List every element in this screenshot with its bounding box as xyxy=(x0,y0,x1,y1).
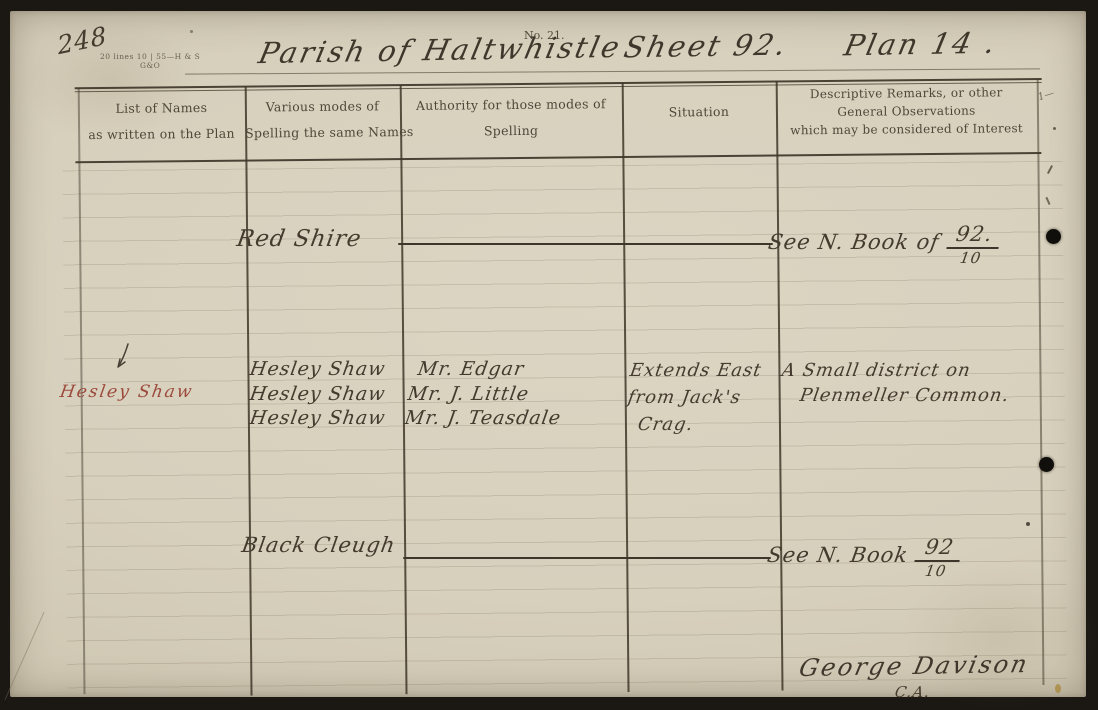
column-header-spelling-modes: Various modes of Spelling the same Names xyxy=(245,93,400,146)
entry-remarks: Plenmeller Common. xyxy=(798,385,1011,406)
entry-spelling: Hesley Shaw xyxy=(248,407,387,429)
entry-spelling: Hesley Shaw xyxy=(248,383,387,405)
entry-remarks: See N. Book 92 10 xyxy=(764,537,964,579)
column-header-line: Various modes of xyxy=(245,93,400,120)
fraction-numerator: 92 xyxy=(915,537,964,562)
entry-remarks: See N. Book of 92. 10 xyxy=(765,224,1003,266)
punch-hole xyxy=(1039,457,1054,472)
entry-authority: Mr. Edgar xyxy=(416,358,526,380)
column-header-line: Spelling xyxy=(400,117,622,145)
column-header-names: List of Names as written on the Plan xyxy=(78,95,245,149)
parish-title-script: Parish of Haltwhistle xyxy=(256,30,625,70)
entry-spelling: Black Cleugh xyxy=(240,533,397,557)
entry-situation: from Jack's xyxy=(626,387,742,408)
plan-number-script: Plan 14 . xyxy=(841,26,1001,63)
surveyor-signature: George Davison xyxy=(797,650,1032,682)
column-header-line: Situation xyxy=(622,99,776,126)
entry-situation: Extends East xyxy=(628,360,763,381)
column-header-line: Authority for those modes of xyxy=(400,91,622,119)
entry-name-on-plan: Hesley Shaw xyxy=(58,382,195,402)
surveyor-title: C.A. xyxy=(894,683,932,701)
form-number-label: No. 21. xyxy=(524,29,565,42)
entry-authority: Mr. J. Teasdale xyxy=(403,407,563,429)
ditto-ink-line xyxy=(398,243,773,245)
header-bottom-rule xyxy=(75,152,1041,163)
printed-table: List of Names as written on the Plan Var… xyxy=(0,0,1098,710)
print-stamp-line2: G&O xyxy=(100,61,200,70)
print-stamp: 20 lines 10 | 55—H & S G&O xyxy=(100,52,200,70)
column-header-line: Descriptive Remarks, or other xyxy=(776,83,1037,104)
entry-remarks: A Small district on xyxy=(780,360,972,381)
print-stamp-line1: 20 lines 10 | 55—H & S xyxy=(100,52,200,61)
column-header-remarks: Descriptive Remarks, or other General Ob… xyxy=(776,83,1038,140)
remarks-text: See N. Book xyxy=(766,543,911,567)
ink-speck xyxy=(1026,522,1030,526)
entry-spelling: Red Shire xyxy=(235,226,364,252)
remarks-text: See N. Book of xyxy=(767,230,942,254)
reference-fraction: 92. 10 xyxy=(943,224,1002,266)
column-header-line: List of Names xyxy=(78,95,245,123)
ink-speck xyxy=(190,30,193,33)
punch-hole xyxy=(1046,229,1061,244)
reference-fraction: 92 10 xyxy=(912,537,963,579)
scanned-name-book-page: List of Names as written on the Plan Var… xyxy=(0,0,1098,710)
entry-situation: Crag. xyxy=(636,414,695,435)
column-header-line: Spelling the same Names xyxy=(245,119,400,146)
ditto-ink-line xyxy=(403,557,771,559)
ink-speck xyxy=(1053,127,1056,130)
entry-spelling: Hesley Shaw xyxy=(248,358,387,380)
column-header-line: which may be considered of Interest xyxy=(776,119,1037,140)
column-header-situation: Situation xyxy=(622,99,776,126)
column-header-authority: Authority for those modes of Spelling xyxy=(400,91,622,145)
fraction-numerator: 92. xyxy=(946,224,1002,249)
paper-speck xyxy=(1055,684,1061,693)
check-mark xyxy=(112,342,138,374)
sheet-number-script: Sheet 92. xyxy=(621,28,791,65)
entry-authority: Mr. J. Little xyxy=(406,383,531,405)
fraction-denominator: 10 xyxy=(912,562,959,579)
column-header-line: as written on the Plan xyxy=(78,121,245,149)
fraction-denominator: 10 xyxy=(943,249,998,266)
